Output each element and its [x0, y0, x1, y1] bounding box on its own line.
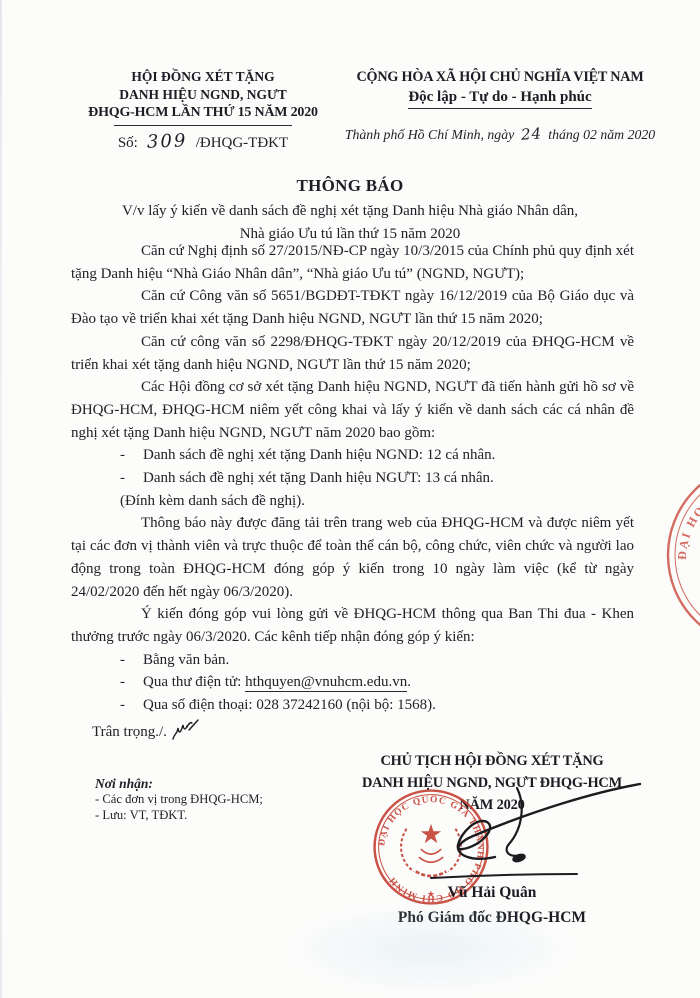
email-suffix: . [407, 674, 411, 690]
doc-title-block: THÔNG BÁO V/v lấy ý kiến về danh sách đề… [0, 176, 700, 245]
dash: - [120, 649, 143, 672]
list-item-text: Danh sách đề nghị xét tặng Danh hiệu NGN… [143, 444, 495, 467]
doc-subtitle: V/v lấy ý kiến về danh sách đề nghị xét … [0, 200, 700, 245]
doc-number-suffix: /ĐHQG-TĐKT [196, 135, 288, 151]
recipients-block: Nơi nhận: - Các đơn vị trong ĐHQG-HCM; -… [95, 776, 263, 823]
channel-text: Qua thư điện tử: hthquyen@vnuhcm.edu.vn. [143, 671, 411, 694]
body-paragraph-4: Các Hội đồng cơ sở xét tặng Danh hiệu NG… [71, 376, 634, 444]
channel-text: Bằng văn bản. [143, 649, 229, 672]
place-date-prefix: Thành phố Hồ Chí Minh, ngày [345, 127, 514, 142]
doc-subtitle-line-1: V/v lấy ý kiến về danh sách đề nghị xét … [0, 200, 700, 223]
doc-number-label: Số: [118, 135, 138, 151]
dash: - [120, 671, 143, 694]
channel-item-written: - Bằng văn bản. [71, 649, 634, 672]
recipients-item-2: - Lưu: VT, TĐKT. [95, 808, 263, 824]
scanned-document-page: HỘI ĐỒNG XÉT TẶNG DANH HIỆU NGND, NGƯT Đ… [0, 0, 700, 998]
issuer-line-1: HỘI ĐỒNG XÉT TẶNG [65, 68, 341, 86]
channel-item-phone: - Qua số điện thoại: 028 37242160 (nội b… [71, 694, 634, 717]
signer-position: Phó Giám đốc ĐHQG-HCM [330, 909, 654, 927]
signer-name: Vũ Hải Quân [330, 884, 654, 902]
list-item-ngnd: - Danh sách đề nghị xét tặng Danh hiệu N… [71, 444, 634, 467]
national-name: CỘNG HÒA XÃ HỘI CHỦ NGHĨA VIỆT NAM [340, 68, 660, 86]
national-header-block: CỘNG HÒA XÃ HỘI CHỦ NGHĨA VIỆT NAM Độc l… [340, 68, 660, 143]
dash: - [120, 444, 143, 467]
partial-side-seal: ĐẠI HỌC QUỐC GIA THÀNH PHỐ HỒ CHÍ MINH [655, 448, 700, 663]
place-date-suffix: tháng 02 năm 2020 [548, 127, 655, 142]
body-paragraph-3: Căn cứ công văn số 2298/ĐHQG-TĐKT ngày 2… [71, 331, 634, 376]
dash: - [120, 694, 143, 717]
closing-text: Trân trọng./. [92, 724, 167, 740]
body-paragraph-1: Căn cứ Nghị định số 27/2015/NĐ-CP ngày 1… [71, 240, 634, 285]
closing-initials-ink [170, 717, 200, 743]
dash: - [120, 467, 143, 490]
signature-flourish [458, 784, 640, 859]
list-item-ngut: - Danh sách đề nghị xét tặng Danh hiệu N… [71, 467, 634, 490]
body-paragraph-2: Căn cứ Công văn số 5651/BGDĐT-TĐKT ngày … [71, 285, 634, 330]
handwritten-day: 24 [520, 124, 542, 143]
channel-item-email: - Qua thư điện tử: hthquyen@vnuhcm.edu.v… [71, 671, 634, 694]
doc-number: Số: 309 /ĐHQG-TĐKT [65, 133, 341, 152]
issuer-block: HỘI ĐỒNG XÉT TẶNG DANH HIỆU NGND, NGƯT Đ… [65, 68, 341, 152]
recipients-label: Nơi nhận: [95, 776, 263, 792]
doc-number-handwritten-value: 309 [146, 133, 187, 152]
email-address: hthquyen@vnuhcm.edu.vn [245, 674, 407, 692]
closing-line: Trân trọng./. [92, 717, 634, 744]
signature-blob [511, 852, 527, 864]
recipients-item-1: - Các đơn vị trong ĐHQG-HCM; [95, 792, 263, 808]
body-paragraph-5: Thông báo này được đăng tải trên trang w… [71, 512, 634, 603]
doc-body: Căn cứ Nghị định số 27/2015/NĐ-CP ngày 1… [71, 240, 634, 743]
email-prefix: Qua thư điện tử: [143, 674, 245, 690]
issuer-underline [114, 125, 292, 126]
issuer-line-3: ĐHQG-HCM LẦN THỨ 15 NĂM 2020 [65, 104, 341, 122]
channel-text: Qua số điện thoại: 028 37242160 (nội bộ:… [143, 694, 436, 717]
signature-ink [405, 770, 670, 888]
scan-edge-artifact [0, 0, 2, 998]
signer-title-line-1: CHỦ TỊCH HỘI ĐỒNG XÉT TẶNG [330, 750, 654, 772]
national-motto: Độc lập - Tự do - Hạnh phúc [340, 89, 660, 109]
list-item-text: Danh sách đề nghị xét tặng Danh hiệu NGƯ… [143, 467, 494, 490]
place-date-line: Thành phố Hồ Chí Minh, ngày 24 tháng 02 … [340, 125, 660, 143]
signature-underline [431, 874, 577, 878]
issuer-line-2: DANH HIỆU NGND, NGƯT [65, 86, 341, 104]
doc-title: THÔNG BÁO [0, 176, 700, 196]
body-paragraph-6: Ý kiến đóng góp vui lòng gửi về ĐHQG-HCM… [71, 603, 634, 648]
attachment-note: (Đính kèm danh sách đề nghị). [120, 490, 634, 513]
